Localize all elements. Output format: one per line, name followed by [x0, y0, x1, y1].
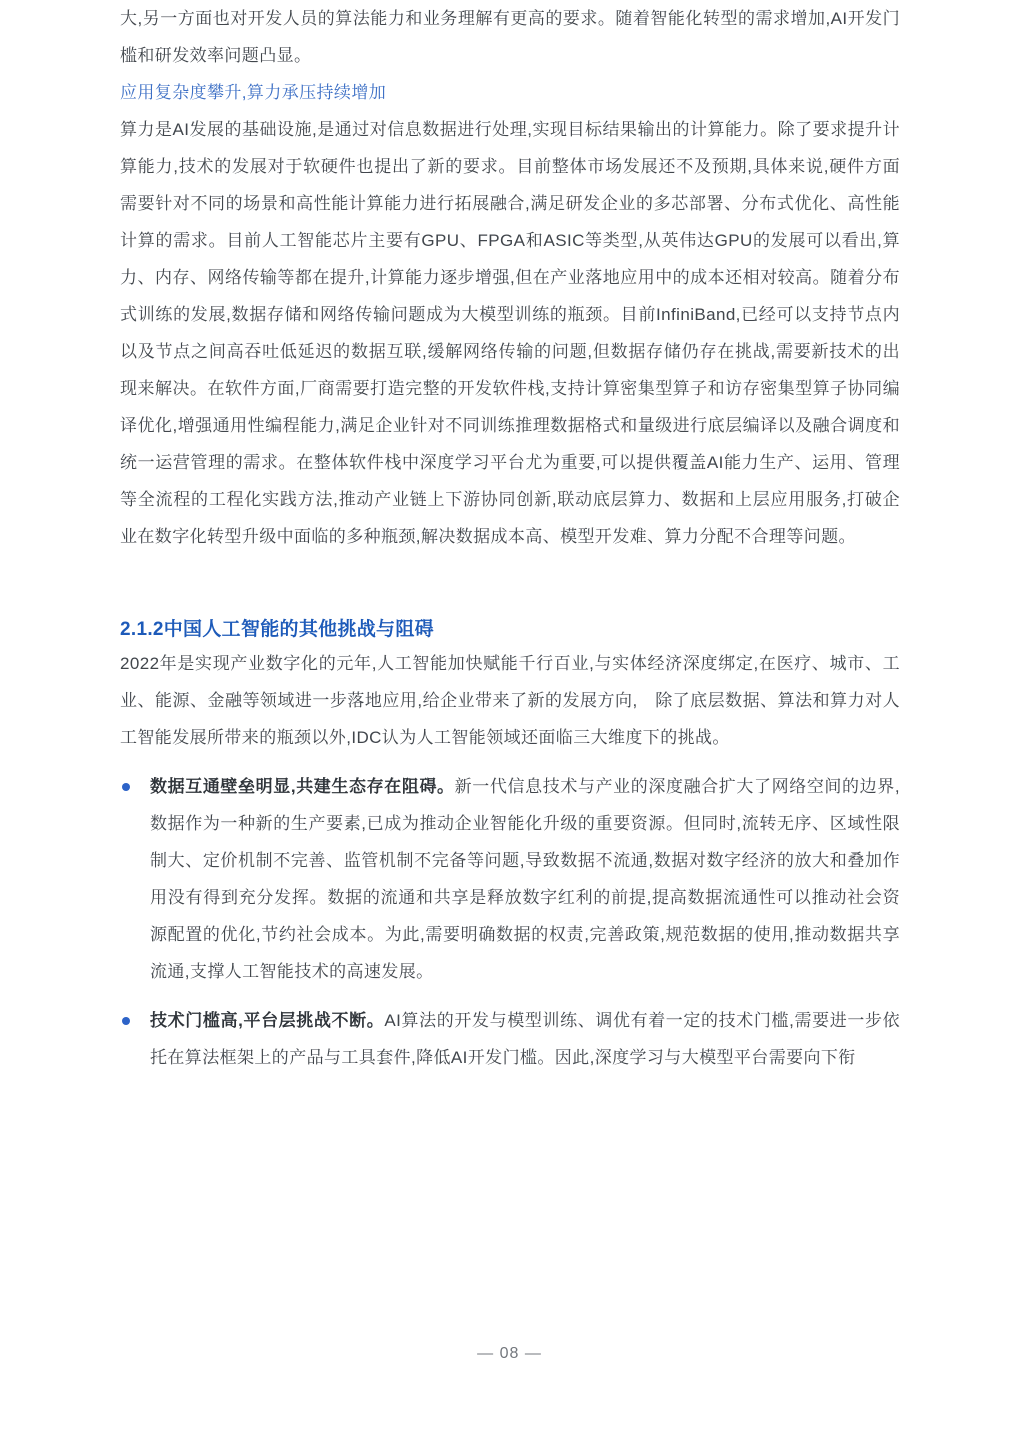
paragraph-2022-intro: 2022年是实现产业数字化的元年,人工智能加快赋能千行百业,与实体经济深度绑定,…: [120, 645, 900, 756]
bullet-item-data-barriers: 数据互通壁垒明显,共建生态存在阻碍。新一代信息技术与产业的深度融合扩大了网络空间…: [120, 768, 900, 990]
document-page: 大,另一方面也对开发人员的算法能力和业务理解有更高的要求。随着智能化转型的需求增…: [0, 0, 1019, 1440]
bullet-dot-icon: [122, 1017, 130, 1025]
section-heading: 2.1.2中国人工智能的其他挑战与阻碍: [120, 615, 900, 645]
subsection-title: 应用复杂度攀升,算力承压持续增加: [120, 74, 900, 111]
bullet-lead: 技术门槛高,平台层挑战不断。: [150, 1011, 384, 1030]
content-area: 大,另一方面也对开发人员的算法能力和业务理解有更高的要求。随着智能化转型的需求增…: [120, 0, 900, 1076]
bullet-body: 新一代信息技术与产业的深度融合扩大了网络空间的边界,数据作为一种新的生产要素,已…: [150, 777, 900, 981]
bullet-text: 数据互通壁垒明显,共建生态存在阻碍。新一代信息技术与产业的深度融合扩大了网络空间…: [150, 768, 900, 990]
bullet-list: 数据互通壁垒明显,共建生态存在阻碍。新一代信息技术与产业的深度融合扩大了网络空间…: [120, 768, 900, 1076]
page-number: — 08 —: [0, 1342, 1019, 1366]
paragraph-computing-power: 算力是AI发展的基础设施,是通过对信息数据进行处理,实现目标结果输出的计算能力。…: [120, 111, 900, 555]
bullet-lead: 数据互通壁垒明显,共建生态存在阻碍。: [150, 777, 455, 796]
bullet-text: 技术门槛高,平台层挑战不断。AI算法的开发与模型训练、调优有着一定的技术门槛,需…: [150, 1002, 900, 1076]
bullet-dot-icon: [122, 783, 130, 791]
paragraph-continuation: 大,另一方面也对开发人员的算法能力和业务理解有更高的要求。随着智能化转型的需求增…: [120, 0, 900, 74]
bullet-item-tech-threshold: 技术门槛高,平台层挑战不断。AI算法的开发与模型训练、调优有着一定的技术门槛,需…: [120, 1002, 900, 1076]
